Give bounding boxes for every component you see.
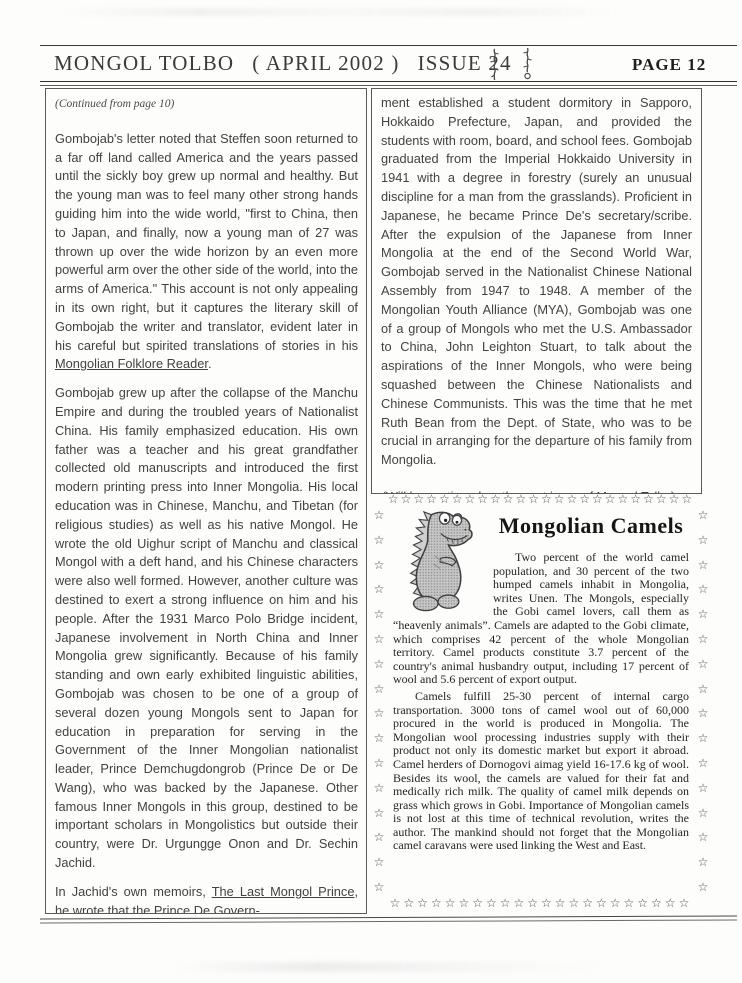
- camels-article: ☆☆☆☆☆☆☆☆☆☆☆☆☆☆☆☆☆☆☆☆☆☆☆☆ ☆☆☆☆☆☆☆☆☆☆☆☆☆☆☆…: [371, 492, 711, 910]
- continued-from-note: (Continued from page 10): [55, 95, 358, 114]
- mongolian-script-icon: [488, 47, 501, 81]
- camels-content: Mongolian Camels Two percent of the worl…: [387, 506, 695, 896]
- masthead: MONGOL TOLBO( APRIL 2002 )ISSUE 24: [54, 51, 512, 76]
- mongolian-script-icon: [521, 47, 534, 81]
- camels-paragraph: Camels fulfill 25-30 percent of internal…: [393, 690, 689, 853]
- mongolian-script-icons: [488, 47, 534, 81]
- footer-rule: [40, 915, 737, 923]
- page-header: MONGOL TOLBO( APRIL 2002 )ISSUE 24 PAGE …: [40, 46, 737, 81]
- article-left-column: (Continued from page 10) Gombojab's lett…: [45, 88, 367, 914]
- star-border-bottom: ☆☆☆☆☆☆☆☆☆☆☆☆☆☆☆☆☆☆☆☆☆☆: [371, 896, 711, 910]
- scan-artifact-top: [60, 8, 620, 16]
- header-bottom-rule: [40, 81, 737, 86]
- newsletter-page: MONGOL TOLBO( APRIL 2002 )ISSUE 24 PAGE …: [0, 0, 742, 983]
- article-paragraph: ment established a student dormitory in …: [381, 94, 692, 470]
- camels-body: ☆☆☆☆☆☆☆☆☆☆☆☆☆☆☆☆: [371, 506, 711, 896]
- camel-cartoon-illustration: [393, 509, 485, 613]
- star-border-left: ☆☆☆☆☆☆☆☆☆☆☆☆☆☆☆☆: [371, 506, 387, 896]
- masthead-title: MONGOL TOLBO: [54, 51, 234, 75]
- article-paragraph: In Jachid's own memoirs, The Last Mongol…: [55, 883, 358, 914]
- article-paragraph: Gombojab's letter noted that Steffen soo…: [55, 130, 358, 374]
- scan-artifact-bottom: [170, 962, 610, 972]
- article-paragraph: Gombojab grew up after the collapse of t…: [55, 384, 358, 873]
- article-right-column: ment established a student dormitory in …: [371, 88, 702, 494]
- page-number: PAGE 12: [632, 55, 706, 75]
- star-border-right: ☆☆☆☆☆☆☆☆☆☆☆☆☆☆☆☆: [695, 506, 711, 896]
- star-border-top: ☆☆☆☆☆☆☆☆☆☆☆☆☆☆☆☆☆☆☆☆☆☆☆☆: [371, 492, 711, 506]
- masthead-date: ( APRIL 2002 ): [252, 51, 399, 75]
